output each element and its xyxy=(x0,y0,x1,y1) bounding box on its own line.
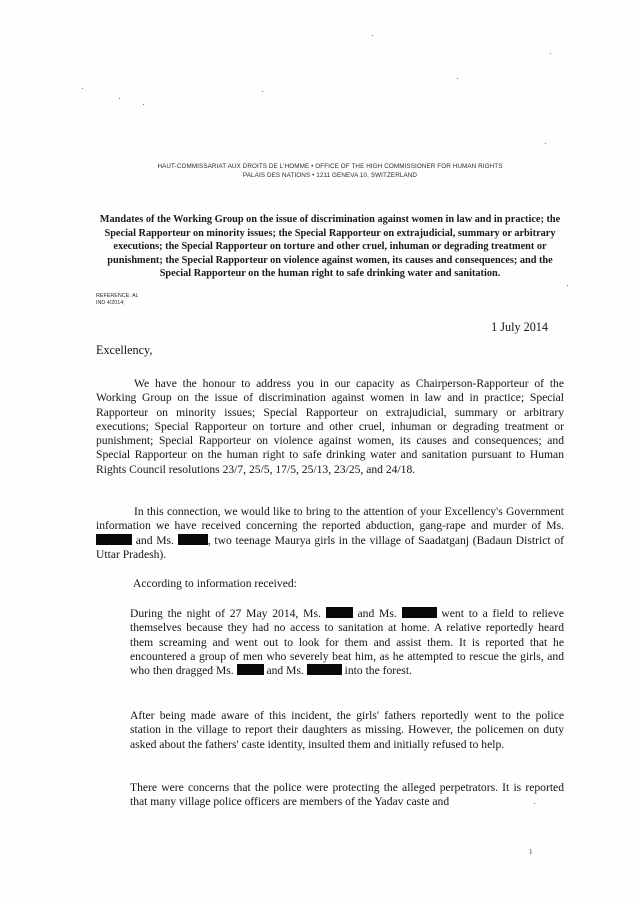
paragraph-connection: In this connection, we would like to bri… xyxy=(96,505,564,562)
reference-code: IND 4/2014; xyxy=(96,300,139,307)
redaction-box xyxy=(402,607,437,618)
letter-date: 1 July 2014 xyxy=(491,320,548,335)
redaction-box xyxy=(307,664,342,675)
scan-speck xyxy=(372,35,373,36)
scan-speck xyxy=(457,78,458,79)
text-segment: and Ms. xyxy=(132,534,178,547)
salutation: Excellency, xyxy=(96,343,152,358)
text-segment: into the forest. xyxy=(342,664,412,677)
redaction-box xyxy=(96,534,132,545)
scan-speck xyxy=(567,285,568,286)
scan-speck xyxy=(143,104,144,105)
scan-speck xyxy=(262,91,263,92)
letterhead-line-2: PALAIS DES NATIONS • 1211 GENEVA 10, SWI… xyxy=(120,172,540,179)
scan-speck xyxy=(545,143,546,144)
redaction-box xyxy=(237,664,264,675)
text-segment: and Ms. xyxy=(353,607,402,620)
redaction-box xyxy=(178,534,208,545)
according-to-label: According to information received: xyxy=(133,577,297,590)
paragraph-concerns: There were concerns that the police were… xyxy=(130,781,564,810)
paragraph-capacity: We have the honour to address you in our… xyxy=(96,377,564,477)
text-segment: and Ms. xyxy=(264,664,307,677)
paragraph-incident: During the night of 27 May 2014, Ms. and… xyxy=(130,607,564,678)
text-segment: In this connection, we would like to bri… xyxy=(96,505,564,532)
letterhead-line-1: HAUT-COMMISSARIAT AUX DROITS DE L'HOMME … xyxy=(120,163,540,170)
reference-label: REFERENCE: AL xyxy=(96,293,139,300)
scan-speck xyxy=(550,53,551,54)
redaction-box xyxy=(326,607,353,618)
document-page: HAUT-COMMISSARIAT AUX DROITS DE L'HOMME … xyxy=(0,0,640,905)
scan-speck xyxy=(119,98,120,99)
scan-speck xyxy=(82,88,83,89)
scan-speck xyxy=(534,803,535,804)
page-number: 1 xyxy=(529,848,533,856)
paragraph-police-station: After being made aware of this incident,… xyxy=(130,709,564,752)
text-segment: During the night of 27 May 2014, Ms. xyxy=(130,607,326,620)
mandates-heading: Mandates of the Working Group on the iss… xyxy=(98,213,562,281)
reference-block: REFERENCE: AL IND 4/2014; xyxy=(96,293,139,306)
